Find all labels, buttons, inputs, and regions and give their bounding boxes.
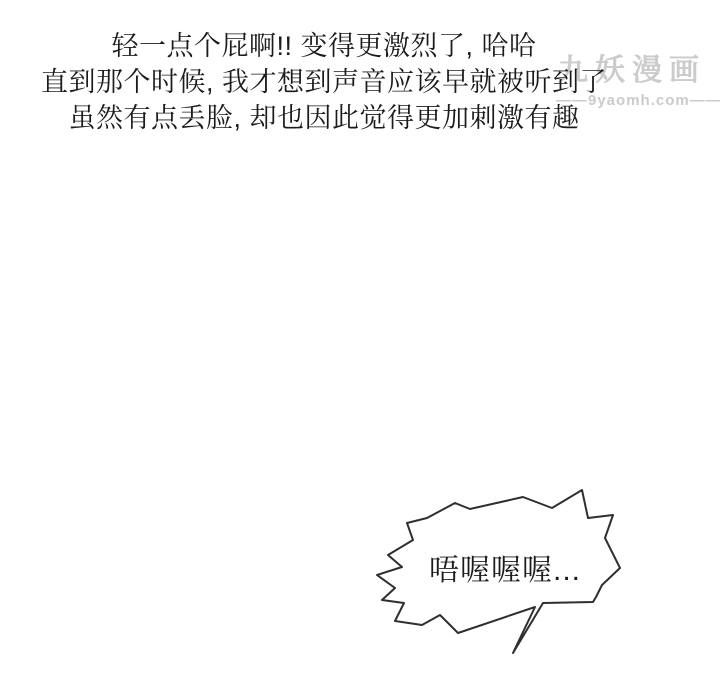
comic-page: 九妖漫画 ——9yaomh.com—— 轻一点个屁啊!! 变得更激烈了, 哈哈 … [0,0,720,700]
narration-block: 轻一点个屁啊!! 变得更激烈了, 哈哈 直到那个时候, 我才想到声音应该早就被听… [0,28,648,136]
narration-line-3: 虽然有点丢脸, 却也因此觉得更加刺激有趣 [0,100,648,136]
speech-bubble: 唔喔喔喔... [370,485,640,665]
narration-line-1: 轻一点个屁啊!! 变得更激烈了, 哈哈 [0,28,648,64]
speech-bubble-text: 唔喔喔喔... [380,545,630,589]
narration-line-2: 直到那个时候, 我才想到声音应该早就被听到了 [0,64,648,100]
